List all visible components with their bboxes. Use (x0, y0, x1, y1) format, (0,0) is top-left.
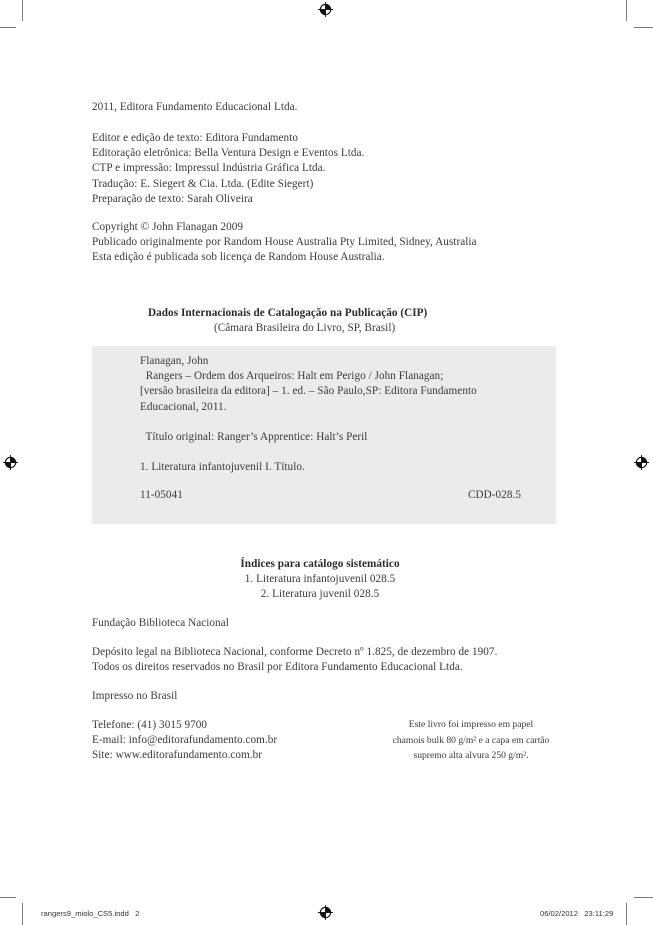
cip-description-1: Rangers – Ordem dos Arqueiros: Halt em P… (140, 369, 477, 384)
contact-info: Telefone: (41) 3015 9700 E-mail: info@ed… (92, 718, 277, 764)
credit-translation: Tradução: E. Siegert & Cia. Ltda. (Edite… (92, 177, 364, 192)
registration-target-icon (3, 455, 18, 470)
printed-in: Impresso no Brasil (92, 689, 177, 704)
copyright-block: Copyright © John Flanagan 2009 Publicado… (92, 220, 477, 266)
cip-description-3: Educacional, 2011. (140, 400, 477, 415)
slug-file-name: rangers9_miolo_CS5.indd 2 (41, 909, 139, 918)
deposit-line: Depósito legal na Biblioteca Nacional, c… (92, 645, 497, 660)
license-notice: Esta edição é publicada sob licença de R… (92, 250, 477, 265)
cip-subtitle: (Câmara Brasileira do Livro, SP, Brasil) (214, 321, 395, 336)
contact-email[interactable]: E-mail: info@editorafundamento.com.br (92, 733, 277, 748)
contact-site[interactable]: Site: www.editorafundamento.com.br (92, 748, 277, 763)
crop-mark-top-left-vertical (22, 0, 23, 21)
slug-timestamp: 06/02/2012 23:11:29 (540, 909, 613, 918)
cip-subject: 1. Literatura infantojuvenil I. Título. (140, 460, 305, 475)
crop-mark-top-right-horizontal (634, 27, 653, 28)
registration-target-icon (318, 905, 333, 920)
cip-description-2: [versão brasileira da editora] – 1. ed. … (140, 384, 477, 399)
credit-printing: CTP e impressão: Impressul Indústria Grá… (92, 161, 364, 176)
original-publication: Publicado originalmente por Random House… (92, 235, 477, 250)
cip-record-number: 11-05041 (140, 488, 183, 503)
index-item-1: 1. Literatura infantojuvenil 028.5 (200, 572, 440, 587)
crop-mark-top-right-vertical (626, 0, 627, 21)
crop-mark-bottom-left-horizontal (0, 897, 16, 898)
cip-record: Flanagan, John Rangers – Ordem dos Arque… (140, 354, 477, 415)
registration-target-icon (634, 455, 649, 470)
rights-line: Todos os direitos reservados no Brasil p… (92, 660, 497, 675)
copyright-line: Copyright © John Flanagan 2009 (92, 220, 477, 235)
crop-mark-top-left-horizontal (0, 27, 16, 28)
paper-note-line-2: chamois bulk 80 g/m² e a capa em cartão (376, 733, 566, 749)
contact-phone: Telefone: (41) 3015 9700 (92, 718, 277, 733)
library-name: Fundação Biblioteca Nacional (92, 616, 229, 631)
cip-cdd: CDD-028.5 (468, 488, 521, 503)
credit-proofreading: Preparação de texto: Sarah Oliveira (92, 192, 364, 207)
index-item-2: 2. Literatura juvenil 028.5 (200, 587, 440, 602)
crop-mark-bottom-right-vertical (626, 903, 627, 925)
registration-target-icon (318, 2, 333, 17)
legal-deposit: Depósito legal na Biblioteca Nacional, c… (92, 645, 497, 675)
cip-title: Dados Internacionais de Catalogação na P… (148, 306, 427, 321)
credit-editor: Editor e edição de texto: Editora Fundam… (92, 131, 364, 146)
paper-note: Este livro foi impresso em papel chamois… (376, 717, 566, 764)
index-title: Índices para catálogo sistemático (200, 557, 440, 572)
crop-mark-bottom-right-horizontal (634, 897, 653, 898)
publisher-line: 2011, Editora Fundamento Educacional Ltd… (92, 100, 298, 115)
paper-note-line-3: supremo alta alvura 250 g/m². (376, 748, 566, 764)
cip-original-title: Título original: Ranger’s Apprentice: Ha… (140, 430, 367, 445)
staff-credits: Editor e edição de texto: Editora Fundam… (92, 131, 364, 207)
credit-layout: Editoração eletrônica: Bella Ventura Des… (92, 146, 364, 161)
crop-mark-bottom-left-vertical (22, 903, 23, 925)
cip-author: Flanagan, John (140, 354, 477, 369)
paper-note-line-1: Este livro foi impresso em papel (376, 717, 566, 733)
